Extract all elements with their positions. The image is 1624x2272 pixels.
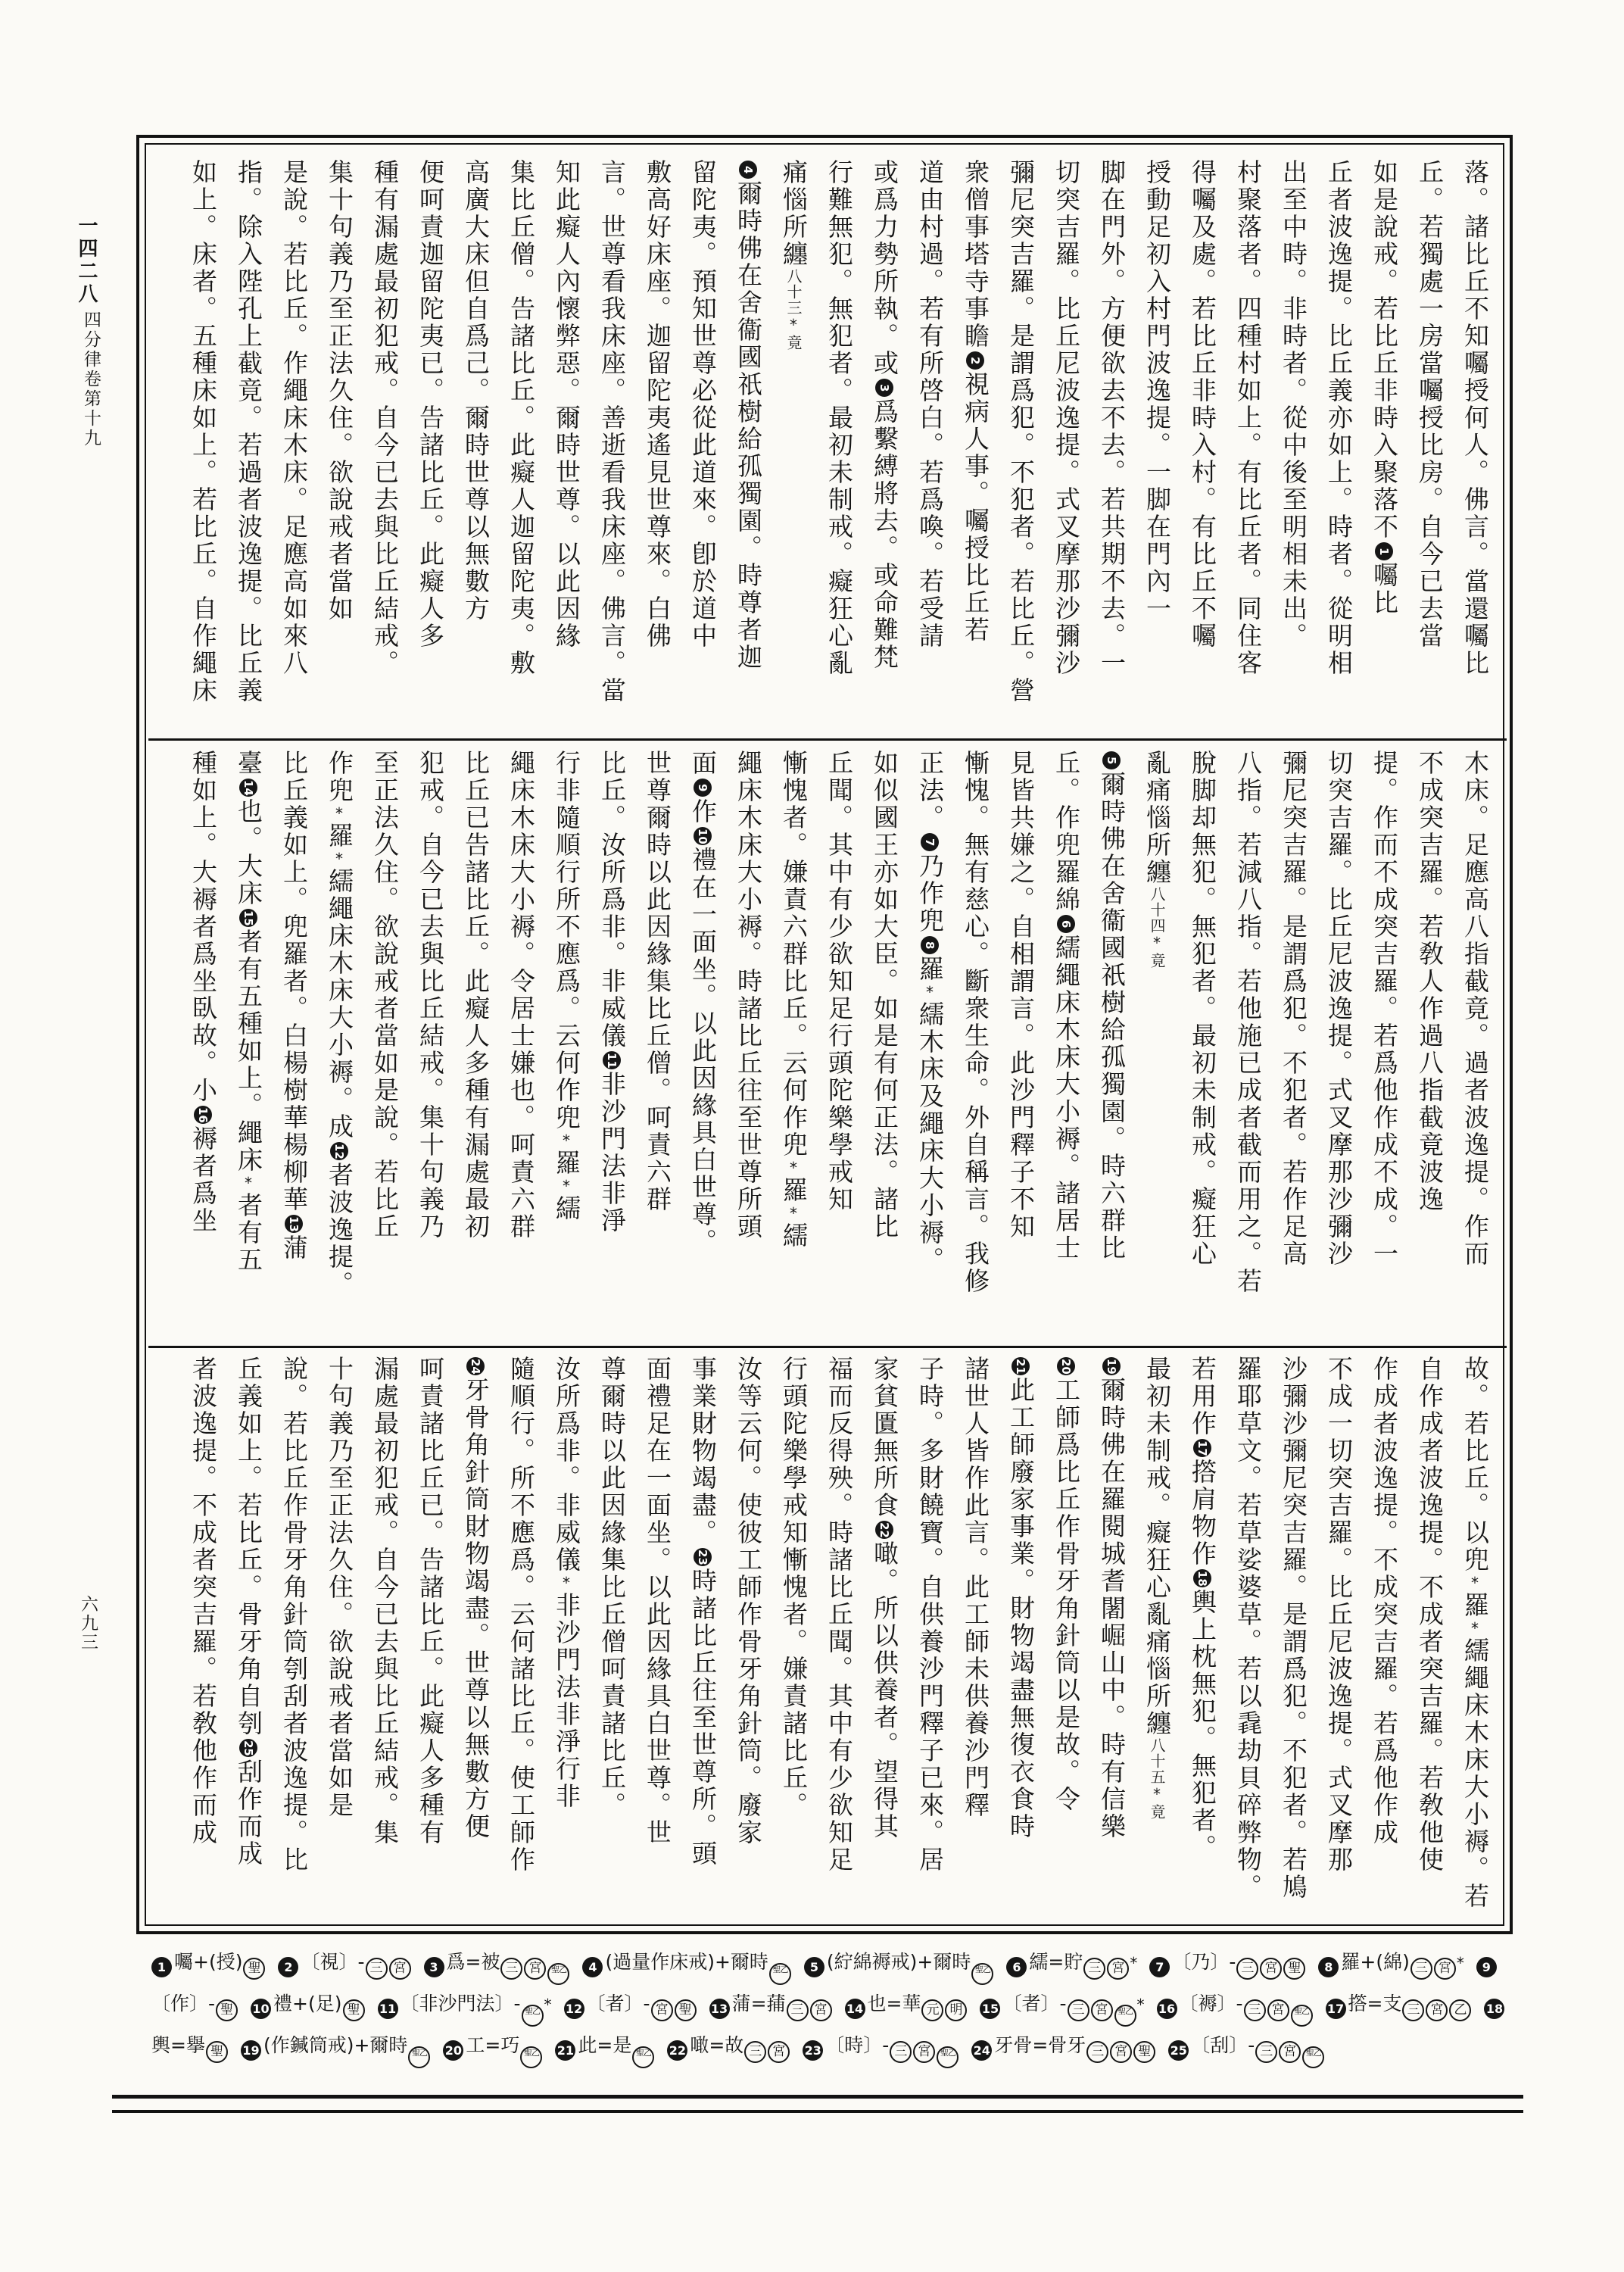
edition-siglum: 宮 (1434, 1958, 1456, 1980)
edition-siglum: 宮 (1110, 2041, 1132, 2063)
edition-siglum: 宮 (1279, 2041, 1301, 2063)
text-column: 說。若比丘作骨牙角針筒刳刮者波逸提。比 (271, 1356, 316, 1928)
text-column: 19爾時佛在羅閱城耆闍崛山中。時有信樂 (1089, 1356, 1134, 1928)
footnote-item: 17撘=支三宮乙 (1326, 1993, 1473, 2015)
text-column: 集十句義乃至正法久住。欲說戒者當如 (316, 159, 362, 735)
text-column: 丘者波逸提。比丘義亦如上。時者。從明相 (1316, 159, 1361, 735)
footnote-number: 5 (804, 1957, 824, 1977)
edition-siglum: 元 (921, 1999, 943, 2021)
text-column: 4爾時佛在舍衞國祇樹給孤獨園。時尊者迦 (725, 159, 771, 735)
footnote-item: 3爲=被三宮聖乙 (424, 1951, 571, 1973)
footnote-ref-marker: 19 (1102, 1357, 1121, 1375)
footnote-number: 21 (555, 2040, 575, 2061)
text-column: 諸世人皆作此言。此工師未供養沙門釋 (952, 1356, 998, 1928)
fascicle-title: 四分律卷第十九 (79, 311, 104, 448)
collation-star-mark: * (1466, 1574, 1484, 1592)
text-column: 丘。作兜羅綿6繻繩床木床大小褥。諸居士 (1043, 750, 1089, 1339)
edition-siglum: 聖 (1133, 2041, 1155, 2063)
text-column: 村聚落者。四種村如上。有比丘者。同住客 (1225, 159, 1270, 735)
footnote-ref-marker: 2 (966, 351, 984, 370)
text-column: 衆僧事塔寺事瞻2視病人事。囑授比丘若 (952, 159, 998, 735)
footnote-ref-marker: 12 (330, 1142, 348, 1160)
text-column: 不成一切突吉羅。比丘尼波逸提。式叉摩那 (1316, 1356, 1361, 1928)
footnote-item: 25〔刮〕-三宮聖乙 (1168, 2034, 1325, 2056)
edition-siglum: 三 (744, 2041, 766, 2063)
edition-siglum: 聖乙 (520, 2046, 542, 2068)
footnote-item: 20工=巧聖乙 (443, 2034, 543, 2056)
edition-siglum: 聖 (675, 1999, 697, 2021)
edition-siglum: 聖 (343, 1999, 365, 2021)
text-column: 世尊爾時以此因緣集比丘僧。呵責六群 (634, 750, 680, 1339)
edition-siglum: 聖乙 (937, 2046, 959, 2068)
text-column: 24牙骨角針筒財物竭盡。世尊以無數方便 (453, 1356, 498, 1928)
text-column: 知此癡人內懷弊惡。爾時世尊。以此因緣 (544, 159, 589, 735)
edition-siglum: 三 (1083, 1958, 1105, 1980)
footnote-ref-marker: 16 (194, 1106, 212, 1124)
bottom-rule-lower (112, 2110, 1523, 2113)
footnote-number: 19 (241, 2040, 261, 2061)
footnote-item: 12〔者〕-宮聖 (564, 1993, 697, 2015)
text-column: 5爾時佛在舍衞國祇樹給孤獨園。時六群比 (1089, 750, 1134, 1339)
edition-siglum: 三 (890, 2041, 912, 2063)
edition-siglum: 聖乙 (1302, 2046, 1324, 2068)
footnote-number: 13 (709, 1999, 730, 2019)
footnote-ref-marker: 15 (239, 909, 257, 927)
register-separator-2 (148, 1346, 1507, 1348)
collation-star-mark: * (544, 1996, 552, 2014)
footnote-number: 23 (803, 2040, 823, 2061)
footnote-ref-marker: 22 (875, 1521, 893, 1539)
footnote-item: 1囑+(授)聖 (151, 1951, 266, 1973)
edition-siglum: 宮 (1426, 1999, 1448, 2021)
footnote-ref-marker: 23 (694, 1548, 712, 1566)
text-column: 若用作17撘肩物作18輿上枕無犯。無犯者。 (1180, 1356, 1225, 1928)
text-column: 漏處最初犯戒。自今已去與比丘結戒。集 (362, 1356, 407, 1928)
text-column: 子時。多財饒寶。自供養沙門釋子已來。居 (907, 1356, 952, 1928)
text-column: 自作成者波逸提。不成者突吉羅。若敎他使 (1407, 1356, 1452, 1928)
text-column: 犯戒。自今已去與比丘結戒。集十句義乃 (407, 750, 453, 1339)
text-column: 比丘。汝所爲非。非威儀11非沙門法非淨 (589, 750, 634, 1339)
inline-end-note: 八十三*竟 (784, 268, 803, 351)
text-column: 集比丘僧。告諸比丘。此癡人迦留陀夷。敷 (498, 159, 544, 735)
register-c: 故。若比丘。以兜*羅*繻繩床木床大小褥。若自作成者波逸提。不成者突吉羅。若敎他使… (161, 1356, 1498, 1928)
text-column: 彌尼突吉羅。是謂爲犯。不犯者。若比丘。營 (998, 159, 1043, 735)
edition-siglum: 宮 (1107, 1958, 1129, 1980)
text-column: 行非隨順行所不應爲。云何作兜*羅*繻 (544, 750, 589, 1339)
edition-siglum: 三 (1068, 1999, 1089, 2021)
collation-star-mark: * (557, 1131, 575, 1150)
text-column: 或爲力勢所執。或3爲繫縛將去。或命難梵 (862, 159, 907, 735)
apparatus-block: 1囑+(授)聖2〔視〕-三宮3爲=被三宮聖乙4(過量作床戒)+爾時聖乙5(紵綿褥… (151, 1943, 1508, 2068)
footnote-number: 14 (845, 1999, 865, 2019)
text-column: 不成突吉羅。若敎人作過八指截竟波逸 (1407, 750, 1452, 1339)
text-column: 慚愧。無有慈心。斷衆生命。外自稱言。我修 (952, 750, 998, 1339)
inline-end-note: 八十五*竟 (1148, 1737, 1166, 1820)
text-column: 痛惱所纏八十三*竟 (771, 159, 816, 735)
text-column: 授動足初入村門波逸提。一脚在門內一 (1134, 159, 1180, 735)
footnote-item: 4(過量作床戒)+爾時聖乙 (582, 1951, 791, 1973)
edition-siglum: 宮 (1260, 1958, 1282, 1980)
footnote-ref-marker: 1 (1375, 542, 1393, 560)
collation-star-mark: * (239, 1174, 257, 1192)
text-column: 沙彌沙彌尼突吉羅。是謂爲犯。不犯者。若鳩 (1270, 1356, 1316, 1928)
text-column: 福而反得殃。時諸比丘聞。其中有少欲知足 (816, 1356, 862, 1928)
footnote-item: 11〔非沙門法〕-聖乙* (378, 1993, 552, 2015)
text-column: 繩床木床大小褥。令居士嫌也。呵責六群 (498, 750, 544, 1339)
collation-star-mark: * (784, 1204, 803, 1222)
edition-siglum: 宮 (1091, 1999, 1113, 2021)
footnote-item: 5(紵綿褥戒)+爾時聖乙 (804, 1951, 994, 1973)
text-column: 面9作10禮在一面坐。以此因緣具白世尊。 (680, 750, 725, 1339)
text-column: 木床。足應高八指截竟。過者波逸提。作而 (1452, 750, 1498, 1339)
edition-siglum: 聖乙 (769, 1963, 791, 1985)
text-column: 尊爾時以此因緣集比丘僧呵責諸比丘。 (589, 1356, 634, 1928)
text-column: 者波逸提。不成者突吉羅。若敎他作而成 (180, 1356, 226, 1928)
footnote-number: 18 (1484, 1999, 1504, 2019)
text-column: 臺14也。大床15者有五種如上。繩床*者有五 (226, 750, 271, 1339)
collation-star-mark: * (330, 850, 348, 868)
footnote-ref-marker: 25 (239, 1739, 257, 1757)
text-column: 得囑及處。若比丘非時入村。有比丘不囑 (1180, 159, 1225, 735)
footnote-item: 19(作鍼筒戒)+爾時聖乙 (241, 2034, 431, 2056)
footnote-number: 3 (424, 1957, 444, 1977)
text-column: 比丘義如上。兜羅者。白楊樹華楊柳華13蒲 (271, 750, 316, 1339)
text-column: 脫脚却無犯。無犯者。最初未制戒。癡狂心 (1180, 750, 1225, 1339)
collation-star-mark: * (330, 804, 348, 822)
edition-siglum: 聖乙 (522, 2005, 544, 2027)
text-column: 事業財物竭盡。23時諸比丘往至世尊所。頭 (680, 1356, 725, 1928)
text-column: 比丘已告諸比丘。此癡人多種有漏處最初 (453, 750, 498, 1339)
footnote-ref-marker: 9 (694, 779, 712, 797)
footnote-number: 16 (1157, 1999, 1177, 2019)
text-column: 面禮足在一面坐。以此因緣具白世尊。世 (634, 1356, 680, 1928)
collation-star-mark: * (1466, 1619, 1484, 1637)
text-column: 言。世尊看我床座。善逝看我床座。佛言。當 (589, 159, 634, 735)
collation-star-mark: * (1130, 1954, 1137, 1972)
edition-siglum: 三 (500, 1958, 522, 1980)
footnote-item: 6繻=貯三宮* (1006, 1951, 1137, 1973)
text-column: 家貧匱無所食22噉。所以供養者。望得其 (862, 1356, 907, 1928)
edition-siglum: 聖乙 (547, 1963, 569, 1985)
edition-siglum: 三 (366, 1958, 388, 1980)
footnote-number: 9 (1476, 1957, 1497, 1977)
text-column: 如上。床者。五種床如上。若比丘。自作繩床 (180, 159, 226, 735)
text-column: 丘聞。其中有少欲知足行頭陀樂學戒知 (816, 750, 862, 1339)
footnote-number: 10 (251, 1999, 271, 2019)
text-column: 正法。7乃作兜8羅*繻木床及繩床大小褥。 (907, 750, 952, 1339)
footnote-number: 17 (1326, 1999, 1346, 2019)
footnote-number: 8 (1318, 1957, 1339, 1977)
footnote-item: 7〔乃〕-三宮聖 (1149, 1951, 1306, 1973)
edition-siglum: 聖 (216, 1999, 238, 2021)
edition-siglum: 三 (1086, 2041, 1108, 2063)
register-a: 落。諸比丘不知囑授何人。佛言。當還囑比丘。若獨處一房當囑授比房。自今已去當如是說… (161, 159, 1498, 735)
text-column: 彌尼突吉羅。是謂爲犯。不犯者。若作足高 (1270, 750, 1316, 1339)
footnote-number: 6 (1006, 1957, 1027, 1977)
footnote-number: 12 (564, 1999, 584, 2019)
text-column: 十句義乃至正法久住。欲說戒者當如是 (316, 1356, 362, 1928)
text-column: 切突吉羅。比丘尼波逸提。式叉摩那沙彌沙 (1043, 159, 1089, 735)
collation-star-mark: * (1457, 1954, 1464, 1972)
edition-siglum: 聖乙 (632, 2046, 654, 2068)
footnote-number: 2 (278, 1957, 298, 1977)
edition-siglum: 乙 (1449, 1999, 1471, 2021)
footnote-item: 14也=華元明 (845, 1993, 968, 2015)
collation-star-mark: * (1137, 1996, 1145, 2014)
text-column: 敷高好床座。迦留陀夷遙見世尊來。白佛 (634, 159, 680, 735)
edition-siglum: 三 (787, 1999, 809, 2021)
footnote-ref-marker: 21 (1011, 1357, 1030, 1375)
footnote-item: 13蒲=蒱三宮 (709, 1993, 833, 2015)
text-column: 高廣大床但自爲己。爾時世尊以無數方 (453, 159, 498, 735)
footnote-number: 22 (667, 2040, 687, 2061)
edition-siglum: 聖乙 (1114, 2005, 1136, 2027)
scanned-sutra-page: 一四二八 四分律卷第十九 六九三 落。諸比丘不知囑授何人。佛言。當還囑比丘。若獨… (0, 0, 1624, 2272)
edition-siglum: 三 (1236, 1958, 1258, 1980)
taisho-text-number: 一四二八 (73, 215, 101, 306)
edition-siglum: 宮 (810, 1999, 832, 2021)
text-column: 呵責諸比丘已。告諸比丘。此癡人多種有 (407, 1356, 453, 1928)
text-column: 21此工師廢家事業。財物竭盡無復衣食時 (998, 1356, 1043, 1928)
text-column: 留陀夷。預知世尊必從此道來。卽於道中 (680, 159, 725, 735)
collation-star-mark: * (784, 1159, 803, 1177)
edition-siglum: 聖 (206, 2041, 228, 2063)
footnote-number: 20 (443, 2040, 463, 2061)
inline-end-note: 八十四*竟 (1148, 886, 1166, 969)
text-column: 出至中時。非時者。從中後至明相未出。 (1270, 159, 1316, 735)
text-column: 丘義如上。若比丘。骨牙角自刳25刮作而成 (226, 1356, 271, 1928)
footnote-ref-marker: 18 (1193, 1569, 1211, 1587)
text-column: 八指。若減八指。若他施已成者截而用之。若 (1225, 750, 1270, 1339)
footnote-item: 22噉=故三宮 (667, 2034, 790, 2056)
footnote-number: 24 (971, 2040, 992, 2061)
text-column: 至正法久住。欲說戒者當如是說。若比丘 (362, 750, 407, 1339)
footnote-ref-marker: 4 (739, 161, 757, 179)
footnote-ref-marker: 20 (1057, 1357, 1075, 1375)
text-column: 種有漏處最初犯戒。自今已去與比丘結戒。 (362, 159, 407, 735)
collation-star-mark: * (557, 1574, 575, 1592)
edition-siglum: 三 (1402, 1999, 1424, 2021)
footnote-item: 15〔者〕-三宮聖乙* (980, 1993, 1144, 2015)
text-column: 如似國王亦如大臣。如是有何正法。諸比 (862, 750, 907, 1339)
footnote-number: 11 (378, 1999, 398, 2019)
footnote-number: 25 (1168, 2040, 1189, 2061)
footnote-ref-marker: 8 (921, 936, 939, 954)
footnote-ref-marker: 10 (694, 827, 712, 845)
text-column: 落。諸比丘不知囑授何人。佛言。當還囑比 (1452, 159, 1498, 735)
bottom-rule-upper (112, 2095, 1523, 2099)
text-column: 指。除入陛孔上截竟。若過者波逸提。比丘義 (226, 159, 271, 735)
text-column: 行頭陀樂學戒知慚愧者。嫌責諸比丘。 (771, 1356, 816, 1928)
text-column: 切突吉羅。比丘尼波逸提。式叉摩那沙彌沙 (1316, 750, 1361, 1339)
footnote-ref-marker: 6 (1057, 915, 1075, 933)
page-number: 六九三 (76, 1595, 101, 1652)
footnote-ref-marker: 3 (875, 379, 893, 397)
edition-siglum: 三 (1244, 1999, 1266, 2021)
footnote-ref-marker: 5 (1102, 751, 1121, 769)
footnote-number: 4 (582, 1957, 603, 1977)
text-column: 20工師爲比丘作骨牙角針筒以是故。令 (1043, 1356, 1089, 1928)
footnote-ref-marker: 11 (603, 1051, 621, 1069)
footnote-ref-marker: 14 (239, 779, 257, 797)
text-column: 行難無犯。無犯者。最初未制戒。癡狂心亂 (816, 159, 862, 735)
text-column: 故。若比丘。以兜*羅*繻繩床木床大小褥。若 (1452, 1356, 1498, 1928)
text-column: 脚在門外。方便欲去不去。若共期不去。一 (1089, 159, 1134, 735)
footnote-item: 16〔褥〕-三宮聖乙 (1157, 1993, 1314, 2015)
footnote-number: 1 (151, 1957, 172, 1977)
text-column: 提。作而不成突吉羅。若爲他作成不成。一 (1361, 750, 1407, 1339)
edition-siglum: 聖 (1283, 1958, 1305, 1980)
edition-siglum: 三 (1410, 1958, 1432, 1980)
text-column: 是說。若比丘。作繩床木床。足應高如來八 (271, 159, 316, 735)
edition-siglum: 三 (1255, 2041, 1277, 2063)
text-column: 種如上。大褥者爲坐臥故。小16褥者爲坐 (180, 750, 226, 1339)
text-column: 最初未制戒。癡狂心亂痛惱所纏八十五*竟 (1134, 1356, 1180, 1928)
edition-siglum: 宮 (1267, 1999, 1289, 2021)
footnote-item: 10禮+(足)聖 (251, 1993, 365, 2015)
collation-star-mark: * (557, 1177, 575, 1195)
text-column: 繩床木床大小褥。時諸比丘往至世尊所頭 (725, 750, 771, 1339)
footnote-ref-marker: 17 (1193, 1439, 1211, 1457)
edition-siglum: 宮 (768, 2041, 790, 2063)
edition-siglum: 宮 (651, 1999, 673, 2021)
edition-siglum: 聖乙 (408, 2046, 430, 2068)
text-column: 道由村過。若有所啓白。若爲喚。若受請 (907, 159, 952, 735)
collation-star-mark: * (921, 983, 939, 1001)
footnote-ref-marker: 24 (466, 1357, 485, 1375)
text-column: 見皆共嫌之。自相謂言。此沙門釋子不知 (998, 750, 1043, 1339)
text-column: 羅耶草文。若草娑婆草。若以毳劫貝碎弊物。 (1225, 1356, 1270, 1928)
footnote-item: 2〔視〕-三宮 (278, 1951, 411, 1973)
text-column: 慚愧者。嫌責六群比丘。云何作兜*羅*繻 (771, 750, 816, 1339)
text-column: 隨順行。所不應爲。云何諸比丘。使工師作 (498, 1356, 544, 1928)
text-column: 丘。若獨處一房當囑授比房。自今已去當 (1407, 159, 1452, 735)
footnote-item: 8羅+(綿)三宮* (1318, 1951, 1463, 1973)
edition-siglum: 宮 (913, 2041, 935, 2063)
footnote-ref-marker: 13 (285, 1215, 303, 1233)
edition-siglum: 聖乙 (971, 1963, 993, 1985)
footnote-ref-marker: 7 (921, 833, 939, 851)
footnote-number: 7 (1149, 1957, 1170, 1977)
register-b: 木床。足應高八指截竟。過者波逸提。作而不成突吉羅。若敎人作過八指截竟波逸提。作而… (161, 750, 1498, 1339)
register-separator-1 (148, 738, 1507, 741)
text-column: 作成者波逸提。不成突吉羅。若爲他作成 (1361, 1356, 1407, 1928)
text-column: 便呵責迦留陀夷已。告諸比丘。此癡人多 (407, 159, 453, 735)
edition-siglum: 宮 (524, 1958, 546, 1980)
edition-siglum: 宮 (389, 1958, 411, 1980)
text-column: 汝等云何。使彼工師作骨牙角針筒。廢家 (725, 1356, 771, 1928)
footnote-item: 23〔時〕-三宮聖乙 (803, 2034, 959, 2056)
edition-siglum: 明 (945, 1999, 967, 2021)
text-column: 汝所爲非。非威儀*非沙門法非淨行非 (544, 1356, 589, 1928)
text-column: 亂痛惱所纏八十四*竟 (1134, 750, 1180, 1339)
footnote-item: 21此=是聖乙 (555, 2034, 655, 2056)
text-column: 如是說戒。若比丘非時入聚落不1囑比 (1361, 159, 1407, 735)
edition-siglum: 聖 (243, 1958, 265, 1980)
footnote-number: 15 (980, 1999, 1000, 2019)
edition-siglum: 聖乙 (1291, 2005, 1313, 2027)
text-column: 作兜*羅*繻繩床木床大小褥。成12者波逸提。 (316, 750, 362, 1339)
footnote-item: 24牙骨=骨牙三宮聖 (971, 2034, 1156, 2056)
